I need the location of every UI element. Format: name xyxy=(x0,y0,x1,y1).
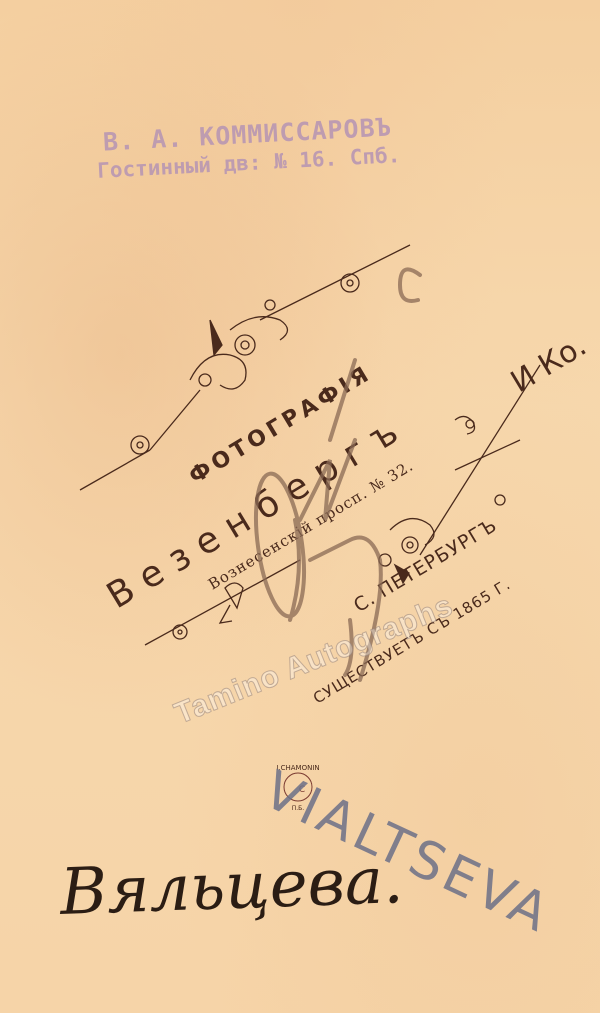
russian-signature: Вяльцева. xyxy=(59,844,405,930)
